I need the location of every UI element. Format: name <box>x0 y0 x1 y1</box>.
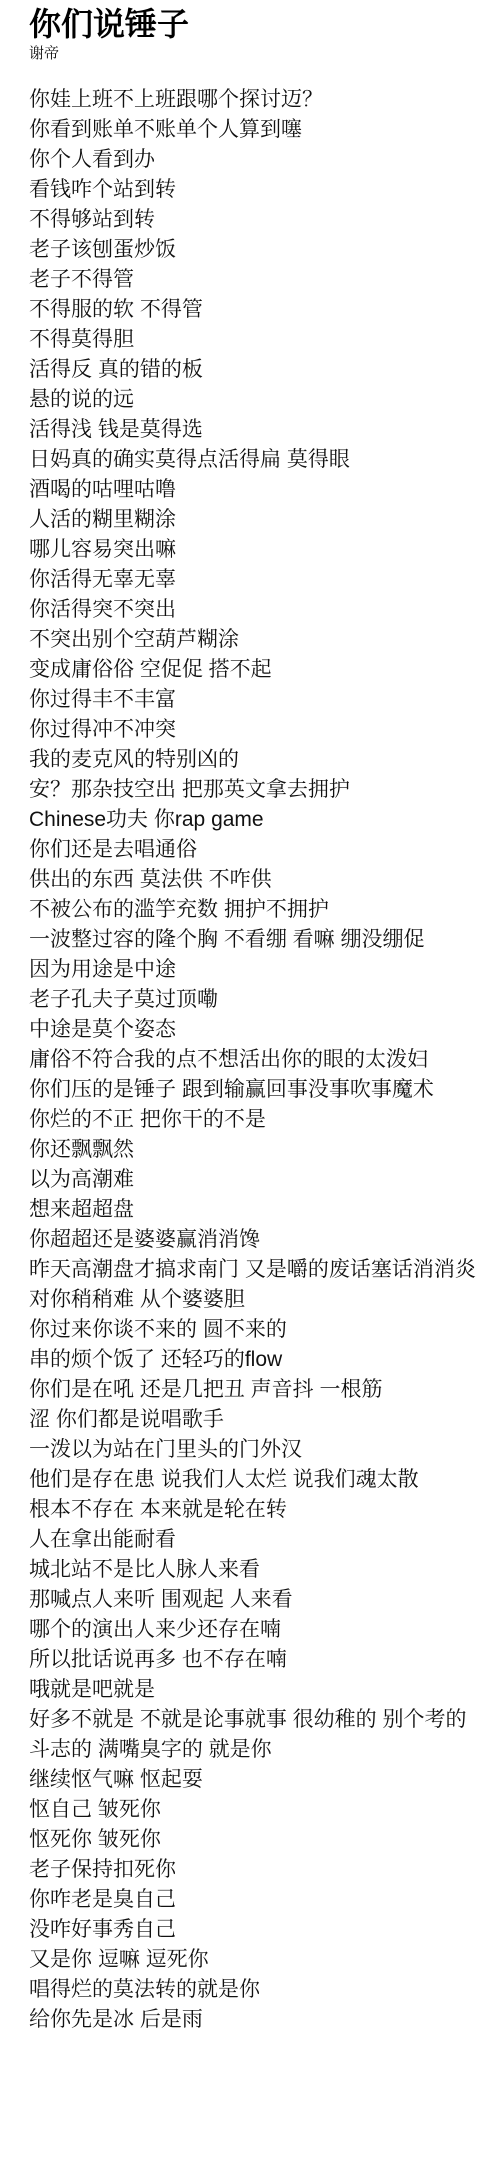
lyric-line: 不得莫得胆 <box>29 325 500 355</box>
lyric-line: 一泼以为站在门里头的门外汉 <box>29 1435 500 1465</box>
lyric-line: 中途是莫个姿态 <box>29 1015 500 1045</box>
lyric-line: 昨天高潮盘才搞求南门 又是嚼的废话塞话消消炎 <box>29 1255 500 1285</box>
lyric-line: 你过来你谈不来的 圆不来的 <box>29 1315 500 1345</box>
lyric-line: 继续怄气嘛 怄起耍 <box>29 1765 500 1795</box>
lyric-line: 怄自己 皱死你 <box>29 1795 500 1825</box>
song-title: 你们说锤子 <box>29 4 500 44</box>
lyric-line: 你烂的不正 把你干的不是 <box>29 1105 500 1135</box>
lyric-line: 人在拿出能耐看 <box>29 1525 500 1555</box>
lyric-line: 你超超还是婆婆赢消消馋 <box>29 1225 500 1255</box>
lyric-line: 你们压的是锤子 跟到输赢回事没事吹事魔术 <box>29 1075 500 1105</box>
lyric-line: 看钱咋个站到转 <box>29 175 500 205</box>
lyric-line: 串的烦个饭了 还轻巧的flow <box>29 1345 500 1375</box>
lyric-line: 你活得突不突出 <box>29 595 500 625</box>
lyric-line: 一波整过容的隆个胸 不看绷 看嘛 绷没绷促 <box>29 925 500 955</box>
lyric-line: 不突出别个空葫芦糊涂 <box>29 625 500 655</box>
lyric-line: 你还飘飘然 <box>29 1135 500 1165</box>
lyric-line: 好多不就是 不就是论事就事 很幼稚的 别个考的 <box>29 1705 500 1735</box>
lyric-line: 怄死你 皱死你 <box>29 1825 500 1855</box>
lyric-line: 不被公布的滥竽充数 拥护不拥护 <box>29 895 500 925</box>
lyric-line: 你们还是去唱通俗 <box>29 835 500 865</box>
lyric-line: 哪个的演出人来少还存在喃 <box>29 1615 500 1645</box>
lyric-line: 给你先是冰 后是雨 <box>29 2005 500 2035</box>
lyric-line: 以为高潮难 <box>29 1165 500 1195</box>
lyric-line: 安？那杂技空出 把那英文拿去拥护 <box>29 775 500 805</box>
lyric-line: 想来超超盘 <box>29 1195 500 1225</box>
lyric-line: 酒喝的咕哩咕噜 <box>29 475 500 505</box>
lyric-line: 你看到账单不账单个人算到噻 <box>29 115 500 145</box>
lyric-line: 城北站不是比人脉人来看 <box>29 1555 500 1585</box>
lyric-line: 你活得无辜无辜 <box>29 565 500 595</box>
lyrics-body: 你娃上班不上班跟哪个探讨迈？你看到账单不账单个人算到噻你个人看到办看钱咋个站到转… <box>29 85 500 2035</box>
lyric-line: 你咋老是臭自己 <box>29 1885 500 1915</box>
lyric-line: 人活的糊里糊涂 <box>29 505 500 535</box>
lyric-line: 对你稍稍难 从个婆婆胆 <box>29 1285 500 1315</box>
lyric-line: 他们是存在患 说我们人太烂 说我们魂太散 <box>29 1465 500 1495</box>
lyric-line: 斗志的 满嘴臭字的 就是你 <box>29 1735 500 1765</box>
lyric-line: 老子保持扣死你 <box>29 1855 500 1885</box>
lyric-line: Chinese功夫 你rap game <box>29 805 500 835</box>
lyric-line: 不得够站到转 <box>29 205 500 235</box>
lyric-line: 你过得冲不冲突 <box>29 715 500 745</box>
lyric-line: 老子该刨蛋炒饭 <box>29 235 500 265</box>
lyric-line: 没咋好事秀自己 <box>29 1915 500 1945</box>
lyric-line: 供出的东西 莫法供 不咋供 <box>29 865 500 895</box>
lyrics-page: 你们说锤子 谢帝 你娃上班不上班跟哪个探讨迈？你看到账单不账单个人算到噻你个人看… <box>0 0 500 2035</box>
lyric-line: 哪儿容易突出嘛 <box>29 535 500 565</box>
lyric-line: 悬的说的远 <box>29 385 500 415</box>
lyric-line: 日妈真的确实莫得点活得扁 莫得眼 <box>29 445 500 475</box>
lyric-line: 你娃上班不上班跟哪个探讨迈？ <box>29 85 500 115</box>
lyric-line: 唱得烂的莫法转的就是你 <box>29 1975 500 2005</box>
lyric-line: 又是你 逗嘛 逗死你 <box>29 1945 500 1975</box>
lyric-line: 你个人看到办 <box>29 145 500 175</box>
lyric-line: 哦就是吧就是 <box>29 1675 500 1705</box>
lyric-line: 活得浅 钱是莫得选 <box>29 415 500 445</box>
lyric-line: 那喊点人来听 围观起 人来看 <box>29 1585 500 1615</box>
lyric-line: 老子不得管 <box>29 265 500 295</box>
artist-name: 谢帝 <box>29 44 500 64</box>
lyric-line: 老子孔夫子莫过顶嘞 <box>29 985 500 1015</box>
lyric-line: 庸俗不符合我的点不想活出你的眼的太泼妇 <box>29 1045 500 1075</box>
lyric-line: 所以批话说再多 也不存在喃 <box>29 1645 500 1675</box>
lyric-line: 你们是在吼 还是几把丑 声音抖 一根筋 <box>29 1375 500 1405</box>
lyric-line: 活得反 真的错的板 <box>29 355 500 385</box>
lyric-line: 根本不存在 本来就是轮在转 <box>29 1495 500 1525</box>
lyric-line: 涩 你们都是说唱歌手 <box>29 1405 500 1435</box>
lyric-line: 变成庸俗俗 空促促 搭不起 <box>29 655 500 685</box>
lyric-line: 我的麦克风的特别凶的 <box>29 745 500 775</box>
lyric-line: 因为用途是中途 <box>29 955 500 985</box>
lyric-line: 不得服的软 不得管 <box>29 295 500 325</box>
lyric-line: 你过得丰不丰富 <box>29 685 500 715</box>
